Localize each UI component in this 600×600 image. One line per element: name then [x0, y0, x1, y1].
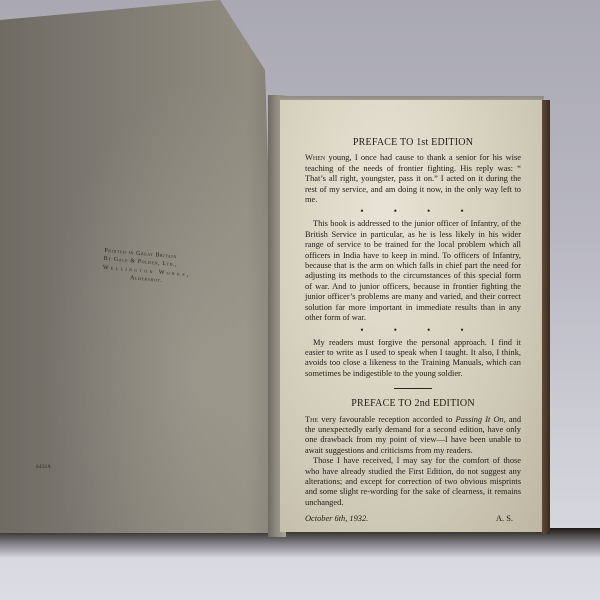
- print-code-mark: 6432A: [36, 465, 51, 470]
- preface-date: October 6th, 1932.: [305, 514, 368, 524]
- preface-paragraph: When young, I once had cause to thank a …: [305, 153, 521, 205]
- book-photo: Printed in Great Britain By Gale & Polde…: [0, 0, 600, 600]
- author-initials: A. S.: [496, 514, 521, 524]
- preface-text: PREFACE TO 1st EDITION When young, I onc…: [305, 138, 521, 525]
- section-separator: • • • •: [317, 325, 521, 335]
- preface-paragraph: The very favourable reception accorded t…: [305, 415, 521, 457]
- second-preface-heading: PREFACE TO 2nd EDITION: [305, 399, 521, 409]
- first-preface-heading: PREFACE TO 1st EDITION: [305, 138, 521, 148]
- cover-edge: [542, 100, 550, 534]
- preface-paragraph: This book is addressed to the junior off…: [305, 219, 521, 323]
- preface-paragraph: Those I have received, I may say for the…: [305, 456, 521, 508]
- signature-row: October 6th, 1932. A. S.: [305, 514, 521, 524]
- book-title: Passing It On: [456, 415, 504, 424]
- preface-paragraph: My readers must forgive the personal app…: [305, 338, 521, 380]
- section-rule: [394, 388, 432, 389]
- drop-lead: When: [305, 153, 325, 162]
- section-separator: • • • •: [317, 206, 521, 216]
